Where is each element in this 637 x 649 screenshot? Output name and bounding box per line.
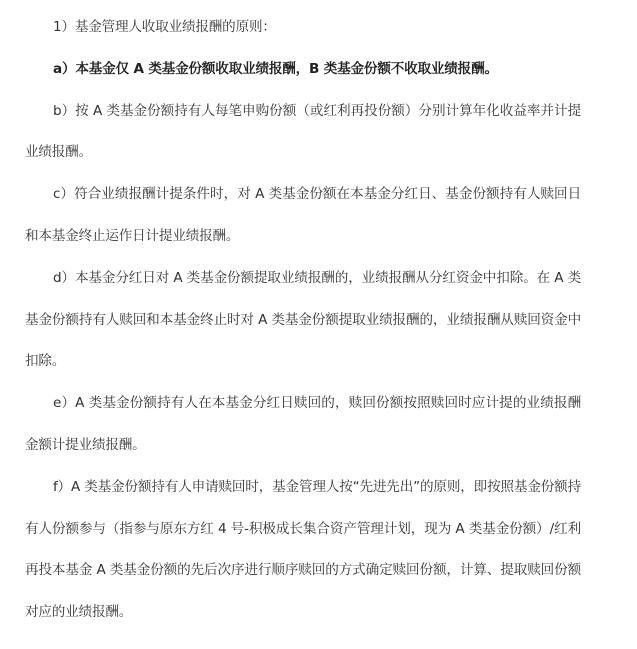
paragraph-f: f）A 类基金份额持有人申请赎回时，基金管理人按“先进先出”的原则，即按照基金份…: [25, 467, 581, 634]
paragraph-a: a）本基金仅 A 类基金份额收取业绩报酬，B 类基金份额不收取业绩报酬。: [25, 49, 581, 91]
paragraph-heading: 1）基金管理人收取业绩报酬的原则：: [25, 7, 581, 49]
paragraph-d: d）本基金分红日对 A 类基金份额提取业绩报酬的，业绩报酬从分红资金中扣除。在 …: [25, 258, 581, 383]
paragraph-b: b）按 A 类基金份额持有人每笔申购份额（或红利再投份额）分别计算年化收益率并计…: [25, 91, 581, 175]
document-body: 1）基金管理人收取业绩报酬的原则： a）本基金仅 A 类基金份额收取业绩报酬，B…: [25, 7, 581, 634]
paragraph-e: e）A 类基金份额持有人在本基金分红日赎回的，赎回份额按照赎回时应计提的业绩报酬…: [25, 383, 581, 467]
paragraph-c: c）符合业绩报酬计提条件时，对 A 类基金份额在本基金分红日、基金份额持有人赎回…: [25, 174, 581, 258]
